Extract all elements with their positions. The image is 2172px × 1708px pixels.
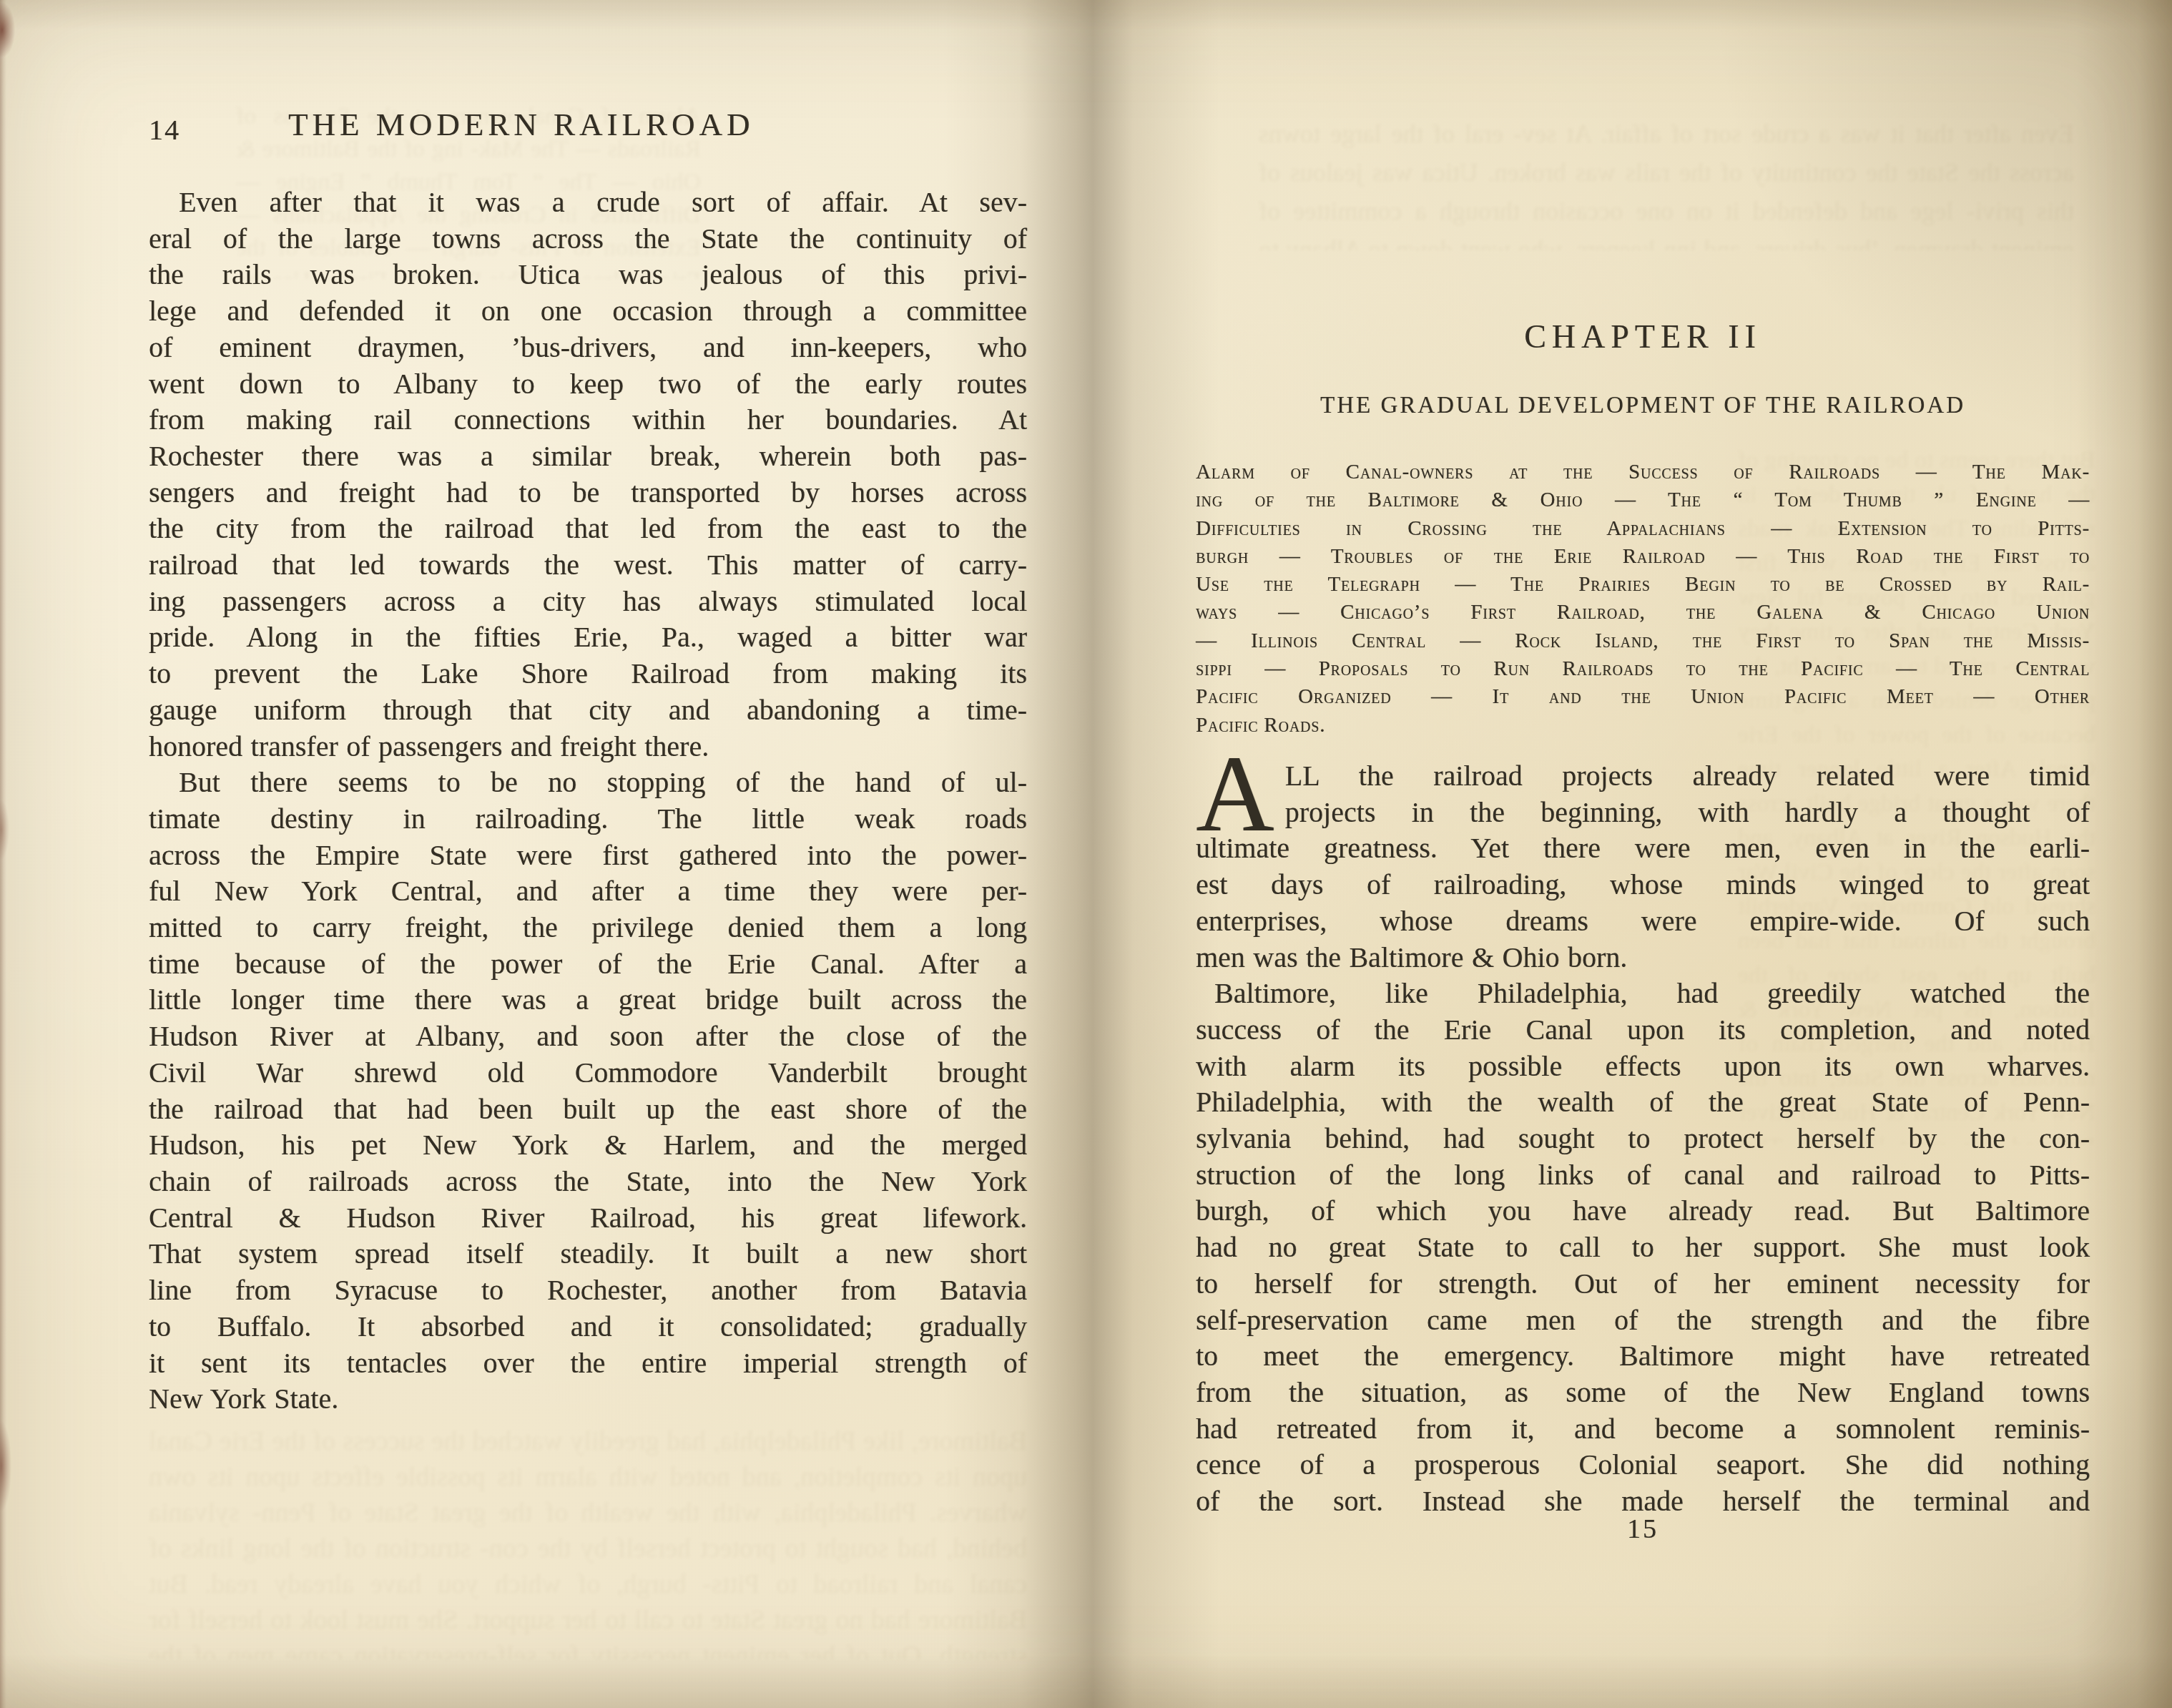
text-line: Rochester there was a similar break, whe…	[149, 438, 1027, 475]
text-line: Civil War shrewd old Commodore Vanderbil…	[149, 1055, 1027, 1091]
text-line: ing of the Baltimore & Ohio — The “ Tom …	[1196, 486, 2090, 514]
text-line: the railroad that had been built up the …	[149, 1091, 1027, 1128]
text-line: But there seems to be no stopping of the…	[149, 765, 1027, 801]
text-line: Even after that it was a crude sort of a…	[149, 185, 1027, 221]
text-line: timate destiny in railroading. The littl…	[149, 801, 1027, 838]
text-line: went down to Albany to keep two of the e…	[149, 366, 1027, 403]
text-line: struction of the long links of canal and…	[1196, 1157, 2090, 1194]
paragraph: Even after that it was a crude sort of a…	[149, 185, 1027, 765]
text-line: Hudson, his pet New York & Harlem, and t…	[149, 1127, 1027, 1164]
text-line: pride. Along in the fifties Erie, Pa., w…	[149, 619, 1027, 656]
text-line: Hudson River at Albany, and soon after t…	[149, 1019, 1027, 1055]
text-line: Central & Hudson River Railroad, his gre…	[149, 1200, 1027, 1237]
left-page-body: Even after that it was a crude sort of a…	[149, 185, 1027, 1418]
chapter-title: THE GRADUAL DEVELOPMENT OF THE RAILROAD	[1196, 393, 2090, 419]
paragraph: But there seems to be no stopping of the…	[149, 765, 1027, 1418]
text-line: across the Empire State were first gathe…	[149, 838, 1027, 874]
text-line: Pacific Roads.	[1196, 712, 2090, 740]
text-line: lege and defended it on one occasion thr…	[149, 293, 1027, 330]
text-line: to prevent the Lake Shore Railroad from …	[149, 656, 1027, 692]
text-line: LL the railroad projects already related…	[1196, 758, 2090, 795]
book-spread: Alarm of Canal-owners at the Success of …	[0, 0, 2172, 1708]
chapter-synopsis: Alarm of Canal-owners at the Success of …	[1196, 458, 2090, 740]
text-line: Philadelphia, with the wealth of the gre…	[1196, 1084, 2090, 1121]
text-line: projects in the beginning, with hardly a…	[1196, 795, 2090, 831]
text-line: from the situation, as some of the New E…	[1196, 1375, 2090, 1411]
text-line: mitted to carry freight, the privilege d…	[149, 910, 1027, 946]
bleedthrough-text: Baltimore, like Philadelphia, had greedi…	[149, 1423, 1027, 1659]
text-line: ways — Chicago’s First Railroad, the Gal…	[1196, 599, 2090, 627]
text-line: That system spread itself steadily. It b…	[149, 1236, 1027, 1272]
paragraph: Alarm of Canal-owners at the Success of …	[1196, 458, 2090, 740]
text-line: with alarm its possible effects upon its…	[1196, 1049, 2090, 1085]
text-line: Difficulties in Crossing the Appalachian…	[1196, 515, 2090, 543]
text-line: time because of the power of the Erie Ca…	[149, 946, 1027, 983]
text-line: men was the Baltimore & Ohio born.	[1196, 940, 2090, 976]
text-line: self-preservation came men of the streng…	[1196, 1302, 2090, 1339]
page-number-left: 14	[149, 113, 180, 147]
text-line: sylvania behind, had sought to protect h…	[1196, 1121, 2090, 1157]
text-line: honored transfer of passengers and freig…	[149, 729, 1027, 765]
text-line: the city from the railroad that led from…	[149, 511, 1027, 547]
text-line: ing passengers across a city has always …	[149, 584, 1027, 620]
text-line: ultimate greatness. Yet there were men, …	[1196, 830, 2090, 867]
text-line: line from Syracuse to Rochester, another…	[149, 1272, 1027, 1309]
text-line: it sent its tentacles over the entire im…	[149, 1345, 1027, 1382]
text-line: had no great State to call to her suppor…	[1196, 1230, 2090, 1266]
bleedthrough-text: Even after that it was a crude sort of a…	[1259, 114, 2074, 250]
text-line: est days of railroading, whose minds win…	[1196, 867, 2090, 903]
text-line: Alarm of Canal-owners at the Success of …	[1196, 458, 2090, 486]
text-line: sengers and freight had to be transporte…	[149, 475, 1027, 511]
text-line: to meet the emergency. Baltimore might h…	[1196, 1338, 2090, 1375]
text-line: to herself for strength. Out of her emin…	[1196, 1266, 2090, 1302]
text-line: eral of the large towns across the State…	[149, 221, 1027, 257]
text-line: burgh, of which you have already read. B…	[1196, 1193, 2090, 1230]
text-line: — Illinois Central — Rock Island, the Fi…	[1196, 627, 2090, 655]
text-line: gauge uniform through that city and aban…	[149, 692, 1027, 729]
text-line: cence of a prosperous Colonial seaport. …	[1196, 1447, 2090, 1483]
text-line: Baltimore, like Philadelphia, had greedi…	[1196, 976, 2090, 1012]
text-line: of eminent draymen, ’bus-drivers, and in…	[149, 330, 1027, 366]
text-line: little longer time there was a great bri…	[149, 982, 1027, 1019]
text-line: success of the Erie Canal upon its compl…	[1196, 1012, 2090, 1049]
text-line: Use the Telegraph — The Prairies Begin t…	[1196, 571, 2090, 599]
text-line: to Buffalo. It absorbed and it consolida…	[149, 1309, 1027, 1345]
text-line: enterprises, whose dreams were empire-wi…	[1196, 903, 2090, 940]
text-line: New York State.	[149, 1381, 1027, 1418]
text-line: burgh — Troubles of the Erie Railroad — …	[1196, 543, 2090, 571]
text-line: sippi — Proposals to Run Railroads to th…	[1196, 655, 2090, 683]
text-line: ful New York Central, and after a time t…	[149, 873, 1027, 910]
chapter-heading: CHAPTER II	[1196, 318, 2090, 355]
text-line: chain of railroads across the State, int…	[149, 1164, 1027, 1200]
text-line: the rails was broken. Utica was jealous …	[149, 257, 1027, 293]
text-line: railroad that led towards the west. This…	[149, 547, 1027, 584]
drop-cap: A	[1196, 748, 1285, 820]
paragraph: Baltimore, like Philadelphia, had greedi…	[1196, 976, 2090, 1520]
page-number-right: 15	[1196, 1513, 2090, 1545]
right-page-body: ALL the railroad projects already relate…	[1196, 758, 2090, 1520]
paragraph: ALL the railroad projects already relate…	[1196, 758, 2090, 976]
text-line: Pacific Organized — It and the Union Pac…	[1196, 683, 2090, 711]
running-head-title: THE MODERN RAILROAD	[288, 106, 754, 143]
text-line: from making rail connections within her …	[149, 402, 1027, 438]
text-line: had retreated from it, and become a somn…	[1196, 1411, 2090, 1448]
